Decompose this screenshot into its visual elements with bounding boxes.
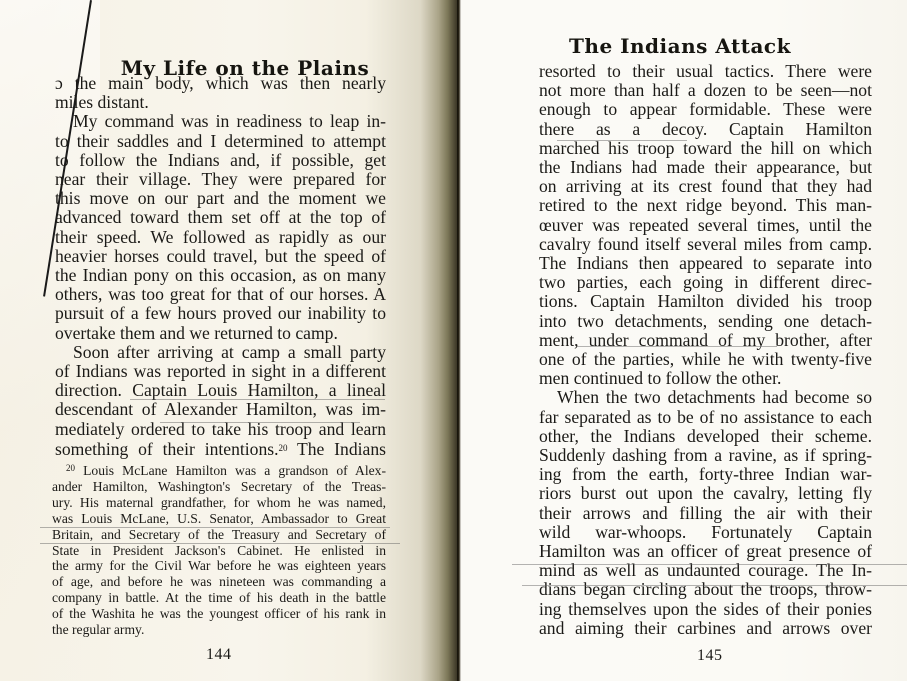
text-line: the Indian pony on this occasion, as on … — [55, 266, 386, 285]
text-line: near their village. They were prepared f… — [55, 170, 386, 189]
text-line-with-footnote-ref: something of their intentions.20 The Ind… — [55, 439, 386, 459]
pencil-underline — [522, 585, 907, 586]
footnote-line: was Louis McLane, U.S. Senator, Ambassad… — [52, 511, 386, 527]
pencil-underline — [40, 527, 390, 528]
text-line: two parties, each going in different dir… — [539, 273, 872, 292]
footnote-line: the regular army. — [52, 622, 386, 638]
text-line: Soon after arriving at camp a small part… — [55, 343, 386, 362]
pencil-underline — [160, 422, 360, 423]
page-number-right: 145 — [697, 647, 723, 665]
text-line: their speed. We followed as rapidly as o… — [55, 228, 386, 247]
text-line: of Indians was reported in sight in a di… — [55, 362, 386, 381]
text-line: My command was in readiness to leap in- — [55, 112, 386, 131]
text-line: œuver was repeated several times, until … — [539, 216, 872, 235]
footnote-line: 20 Louis McLane Hamilton was a grandson … — [52, 461, 386, 479]
right-body-text: resorted to their usual tactics. There w… — [539, 62, 872, 638]
page-number-left: 144 — [206, 646, 232, 664]
text-line: ing from the earth, forty-three Indian w… — [539, 465, 872, 484]
text-line: advanced toward them set off at the top … — [55, 208, 386, 227]
text-line: into two detachments, sending one detach… — [539, 312, 872, 331]
footnote-line: ury. His maternal grandfather, for whom … — [52, 495, 386, 511]
text-line: other, the Indians developed their schem… — [539, 427, 872, 446]
pencil-underline — [557, 140, 687, 141]
footnote-marker: 20 — [66, 463, 75, 473]
text-fragment: The Indians — [287, 439, 386, 459]
text-fragment: something of their intentions. — [55, 439, 278, 459]
text-line: dians began circling about the troops, t… — [539, 580, 872, 599]
text-line: others, was too great for that of our ho… — [55, 285, 386, 304]
text-line: one of the parties, while he with twenty… — [539, 350, 872, 369]
footnote-line: of the Washita he was the youngest offic… — [52, 606, 386, 622]
text-line: far separated as to be of no assistance … — [539, 408, 872, 427]
pencil-underline — [512, 564, 907, 565]
left-body-text: ɔ the main body, which was then nearly m… — [55, 74, 386, 459]
text-line: there as a decoy. Captain Hamilton — [539, 120, 872, 139]
text-line: cavalry found itself several miles from … — [539, 235, 872, 254]
text-line: pursuit of a few hours proved our inabil… — [55, 304, 386, 323]
text-line: to follow the Indians and, if possible, … — [55, 151, 386, 170]
text-line: this move on our part and the moment we — [55, 189, 386, 208]
left-page: My Life on the Plains ɔ the main body, w… — [0, 0, 457, 681]
text-line: descendant of Alexander Hamilton, was im… — [55, 400, 386, 419]
text-line: men continued to follow the other. — [539, 369, 872, 388]
footnote: 20 Louis McLane Hamilton was a grandson … — [52, 461, 386, 638]
text-line: Hamilton was an officer of great presenc… — [539, 542, 872, 561]
footnote-line: of age, and before he was nineteen was c… — [52, 574, 386, 590]
pencil-underline — [130, 399, 385, 400]
footnote-line: ander Hamilton, Washington's Secretary o… — [52, 479, 386, 495]
pencil-underline — [577, 346, 777, 347]
text-line: enough to appear formidable. These were — [539, 100, 872, 119]
footnote-line: the army for the Civil War before he was… — [52, 558, 386, 574]
text-line: resorted to their usual tactics. There w… — [539, 62, 872, 81]
text-fragment: Louis McLane Hamilton was a grandson of … — [75, 463, 386, 478]
text-line: ɔ the main body, which was then nearly — [55, 74, 386, 93]
text-line: wild war-whoops. Fortunately Captain — [539, 523, 872, 542]
text-line: Suddenly dashing from a ravine, as if sp… — [539, 446, 872, 465]
text-line: direction. Captain Louis Hamilton, a lin… — [55, 381, 386, 400]
footnote-line: Britain, and Secretary of the Treasury a… — [52, 527, 386, 543]
text-line: not more than half a dozen to be seen—no… — [539, 81, 872, 100]
running-head-right: The Indians Attack — [540, 34, 820, 58]
text-line: the Indians had made their appearance, b… — [539, 158, 872, 177]
text-line: ing themselves upon the sides of their p… — [539, 600, 872, 619]
text-line: tions. Captain Hamilton divided his troo… — [539, 292, 872, 311]
text-line: When the two detachments had become so — [539, 388, 872, 407]
book-spread: My Life on the Plains ɔ the main body, w… — [0, 0, 907, 681]
text-line: to their saddles and I determined to att… — [55, 132, 386, 151]
text-line: retired to the next ridge beyond. This m… — [539, 196, 872, 215]
text-line: overtake them and we returned to camp. — [55, 324, 386, 343]
text-line: marched his troop toward the hill on whi… — [539, 139, 872, 158]
footnote-line: State in President Jackson's Cabinet. He… — [52, 543, 386, 559]
text-line: on arriving at its crest found that they… — [539, 177, 872, 196]
text-line: The Indians then appeared to separate in… — [539, 254, 872, 273]
text-line: miles distant. — [55, 93, 386, 112]
pencil-underline — [40, 543, 400, 544]
text-line: their arrows and filling the air with th… — [539, 504, 872, 523]
footnote-line: company in battle. At the time of his de… — [52, 590, 386, 606]
text-line: riors burst out upon the cavalry, lettin… — [539, 484, 872, 503]
text-line: and aiming their carbines and arrows ove… — [539, 619, 872, 638]
text-line: heavier horses could travel, but the spe… — [55, 247, 386, 266]
text-line: ment, under command of my brother, after — [539, 331, 872, 350]
right-page: The Indians Attack resorted to their usu… — [457, 0, 907, 681]
